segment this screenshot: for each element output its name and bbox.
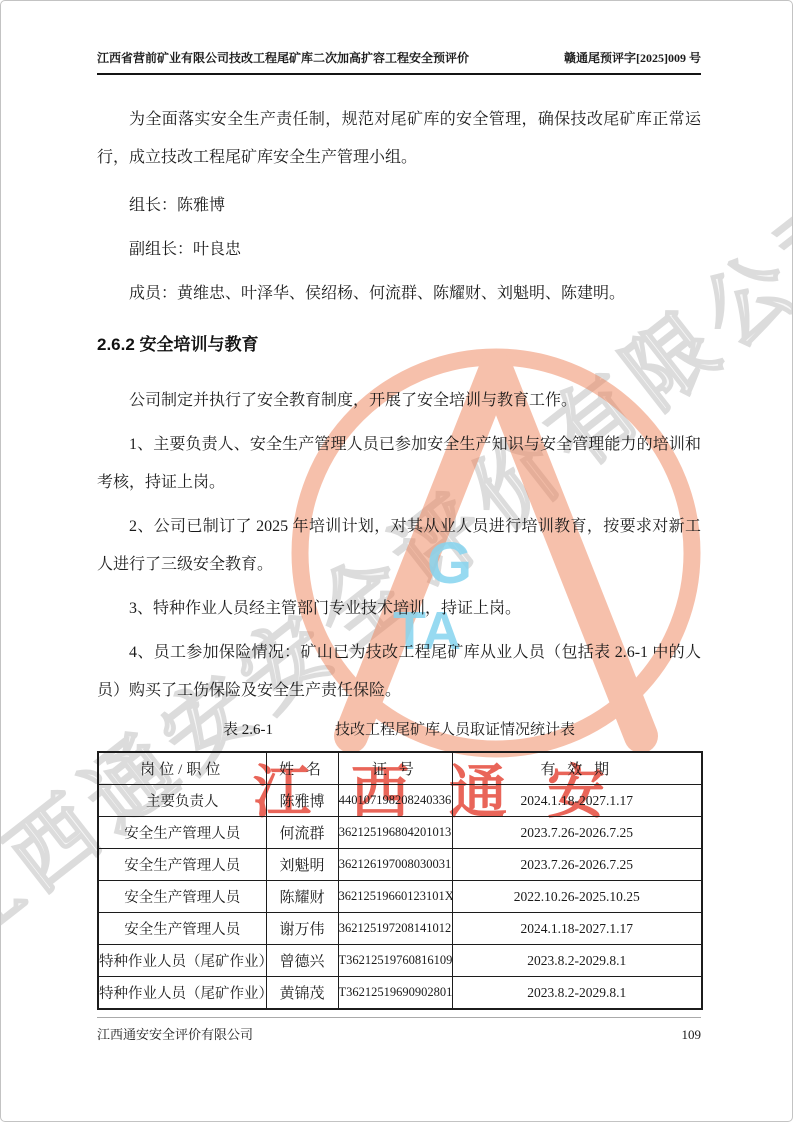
cell-name: 陈雅博 bbox=[266, 785, 338, 817]
page-footer: 江西通安安全评价有限公司 109 bbox=[97, 1017, 701, 1043]
cell-name: 曾德兴 bbox=[266, 945, 338, 977]
section-heading: 2.6.2 安全培训与教育 bbox=[97, 333, 701, 357]
cell-name: 何流群 bbox=[266, 817, 338, 849]
cell-post: 安全生产管理人员 bbox=[98, 817, 266, 849]
cell-post: 安全生产管理人员 bbox=[98, 913, 266, 945]
cell-cert: 362125197208141012 bbox=[338, 913, 452, 945]
cell-name: 刘魁明 bbox=[266, 849, 338, 881]
table-row: 特种作业人员（尾矿作业） 黄锦茂 T362125196909028018 202… bbox=[98, 977, 702, 1010]
cell-valid: 2023.7.26-2026.7.25 bbox=[452, 817, 702, 849]
table-row: 安全生产管理人员 陈耀财 36212519660123101X 2022.10.… bbox=[98, 881, 702, 913]
cell-post: 特种作业人员（尾矿作业） bbox=[98, 977, 266, 1010]
cell-valid: 2022.10.26-2025.10.25 bbox=[452, 881, 702, 913]
table-caption-label: 表 2.6-1 bbox=[223, 718, 273, 742]
cell-post: 安全生产管理人员 bbox=[98, 881, 266, 913]
page-header: 江西省营前矿业有限公司技改工程尾矿库二次加高扩容工程安全预评价 赣通尾预评字[2… bbox=[97, 49, 701, 75]
col-header-cert: 证 号 bbox=[338, 752, 452, 785]
col-header-post: 岗位/职位 bbox=[98, 752, 266, 785]
cell-cert: T362125197608161098 bbox=[338, 945, 452, 977]
table-caption: 表 2.6-1 技改工程尾矿库人员取证情况统计表 bbox=[97, 718, 701, 742]
cell-valid: 2024.1.18-2027.1.17 bbox=[452, 785, 702, 817]
col-header-name: 姓 名 bbox=[266, 752, 338, 785]
table-row: 安全生产管理人员 刘魁明 362126197008030031 2023.7.2… bbox=[98, 849, 702, 881]
table-row: 主要负责人 陈雅博 440107198208240336 2024.1.18-2… bbox=[98, 785, 702, 817]
footer-page-number: 109 bbox=[682, 1027, 702, 1043]
cell-valid: 2024.1.18-2027.1.17 bbox=[452, 913, 702, 945]
cell-name: 黄锦茂 bbox=[266, 977, 338, 1010]
paragraph: 公司制定并执行了安全教育制度，开展了安全培训与教育工作。 bbox=[97, 382, 701, 420]
cell-cert: 440107198208240336 bbox=[338, 785, 452, 817]
cell-valid: 2023.7.26-2026.7.25 bbox=[452, 849, 702, 881]
footer-company: 江西通安安全评价有限公司 bbox=[97, 1024, 253, 1043]
cell-cert: 362126197008030031 bbox=[338, 849, 452, 881]
table-header-row: 岗位/职位 姓 名 证 号 有 效 期 bbox=[98, 752, 702, 785]
cell-post: 特种作业人员（尾矿作业） bbox=[98, 945, 266, 977]
header-title: 江西省营前矿业有限公司技改工程尾矿库二次加高扩容工程安全预评价 bbox=[97, 49, 469, 66]
paragraph: 2、公司已制订了 2025 年培训计划，对其从业人员进行培训教育，按要求对新工人… bbox=[97, 508, 701, 584]
cell-post: 安全生产管理人员 bbox=[98, 849, 266, 881]
paragraph: 3、特种作业人员经主管部门专业技术培训，持证上岗。 bbox=[97, 590, 701, 628]
document-page: 江西通安安全评价有限公司 G TA 江西通安 江西省营前矿业有限公司技改工程尾矿… bbox=[0, 0, 793, 1122]
header-doc-number: 赣通尾预评字[2025]009 号 bbox=[564, 49, 701, 66]
col-header-valid: 有 效 期 bbox=[452, 752, 702, 785]
line-deputy-leader: 副组长：叶良忠 bbox=[97, 231, 701, 269]
cell-cert: 36212519660123101X bbox=[338, 881, 452, 913]
table-caption-title: 技改工程尾矿库人员取证情况统计表 bbox=[335, 718, 575, 742]
certification-table: 岗位/职位 姓 名 证 号 有 效 期 主要负责人 陈雅博 4401071982… bbox=[97, 751, 703, 1010]
line-members: 成员：黄维忠、叶泽华、侯绍杨、何流群、陈耀财、刘魁明、陈建明。 bbox=[97, 275, 701, 313]
cell-cert: T362125196909028018 bbox=[338, 977, 452, 1010]
paragraph-intro: 为全面落实安全生产责任制，规范对尾矿库的安全管理，确保技改尾矿库正常运行，成立技… bbox=[97, 101, 701, 177]
cell-valid: 2023.8.2-2029.8.1 bbox=[452, 945, 702, 977]
table-row: 特种作业人员（尾矿作业） 曾德兴 T362125197608161098 202… bbox=[98, 945, 702, 977]
table-row: 安全生产管理人员 何流群 362125196804201013 2023.7.2… bbox=[98, 817, 702, 849]
table-row: 安全生产管理人员 谢万伟 362125197208141012 2024.1.1… bbox=[98, 913, 702, 945]
document-body: 为全面落实安全生产责任制，规范对尾矿库的安全管理，确保技改尾矿库正常运行，成立技… bbox=[97, 101, 701, 1010]
cell-name: 谢万伟 bbox=[266, 913, 338, 945]
cell-name: 陈耀财 bbox=[266, 881, 338, 913]
line-leader: 组长：陈雅博 bbox=[97, 187, 701, 225]
cell-post: 主要负责人 bbox=[98, 785, 266, 817]
cell-cert: 362125196804201013 bbox=[338, 817, 452, 849]
cell-valid: 2023.8.2-2029.8.1 bbox=[452, 977, 702, 1010]
paragraph: 4、员工参加保险情况：矿山已为技改工程尾矿库从业人员（包括表 2.6-1 中的人… bbox=[97, 634, 701, 710]
paragraph: 1、主要负责人、安全生产管理人员已参加安全生产知识与安全管理能力的培训和考核，持… bbox=[97, 426, 701, 502]
